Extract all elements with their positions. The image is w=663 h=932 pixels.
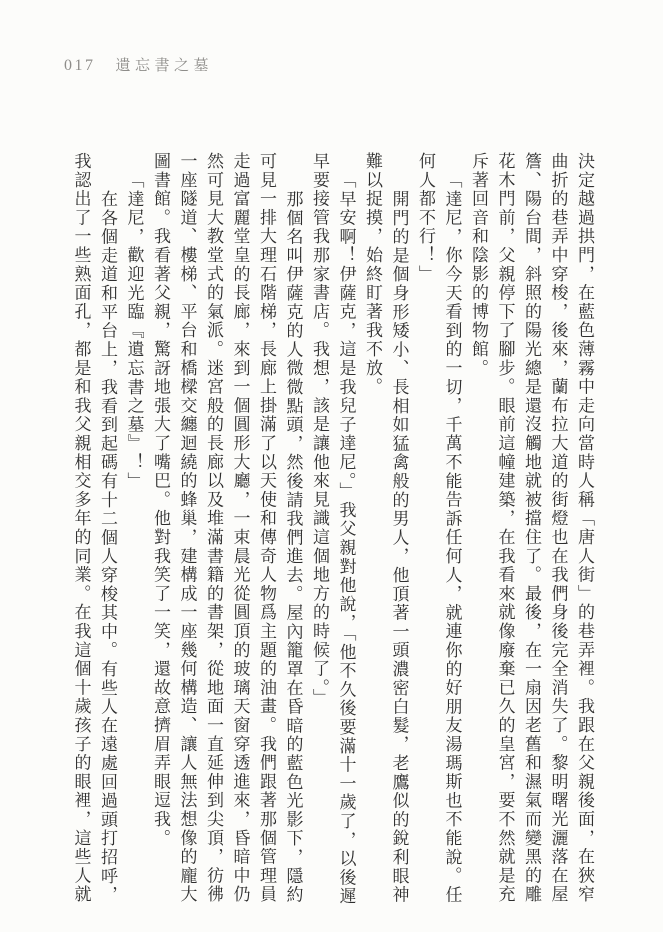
paragraph: 開門的是個身形矮小、長相如猛禽般的男人，他頂著一頭濃密白髮，老鷹似的銳利眼神難以… bbox=[359, 152, 412, 908]
running-head: 017 遺忘書之墓 bbox=[64, 54, 213, 75]
paragraph: 「達尼，歡迎光臨『遺忘書之墓』！」 bbox=[120, 152, 147, 908]
page-number: 017 bbox=[64, 57, 96, 75]
paragraph: 那個名叫伊薩克的人微微點頭，然後請我們進去。屋內籠罩在昏暗的藍色光影下，隱約可見… bbox=[147, 152, 306, 908]
paragraph: 「達尼，你今天看到的一切，千萬不能告訴任何人，就連你的好朋友湯瑪斯也不能說。任何… bbox=[412, 152, 465, 908]
paragraph: 決定越過拱門，在藍色薄霧中走向當時人稱「唐人街」的巷弄裡。我跟在父親後面，在狹窄… bbox=[465, 152, 598, 908]
book-page: 017 遺忘書之墓 決定越過拱門，在藍色薄霧中走向當時人稱「唐人街」的巷弄裡。我… bbox=[0, 0, 663, 932]
book-title: 遺忘書之墓 bbox=[116, 54, 214, 75]
paragraph: 在各個走道和平台上，我看到起碼有十二個人穿梭其中。有些人在遠處回過頭打招呼，我認… bbox=[67, 152, 120, 908]
page-text: 決定越過拱門，在藍色薄霧中走向當時人稱「唐人街」的巷弄裡。我跟在父親後面，在狹窄… bbox=[66, 152, 597, 908]
paragraph: 「早安啊！伊薩克，這是我兒子達尼。」我父親對他說，「他不久後要滿十一歲了，以後遲… bbox=[306, 152, 359, 908]
